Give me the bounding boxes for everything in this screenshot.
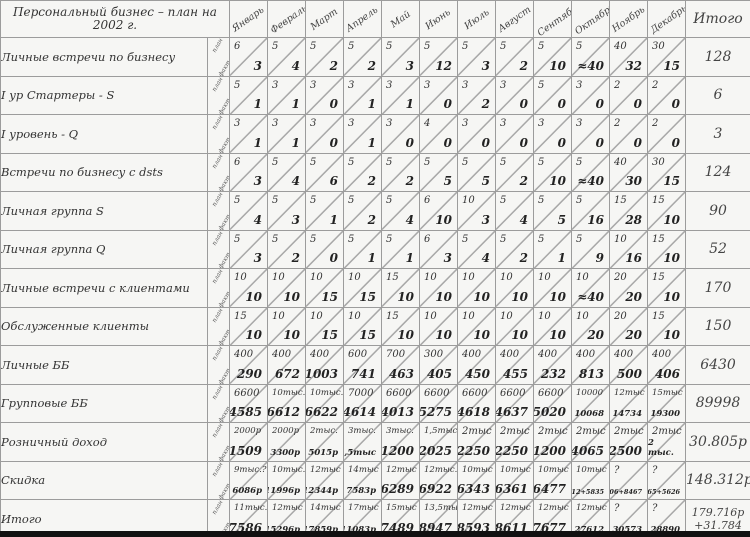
fact-value: 4618 xyxy=(458,405,491,419)
plan-value: 3 xyxy=(424,80,430,91)
row-label: Обслуженные клиенты xyxy=(1,307,208,346)
month-cell: 12тыс 6289 xyxy=(382,461,420,500)
plan-value: 6 xyxy=(424,195,430,206)
plan-value: 3 xyxy=(462,118,468,129)
month-cell: 400 1003 xyxy=(306,346,344,385)
fact-value: 1 xyxy=(254,136,262,150)
table-row: I уровень - Qпланфакт 3 1 3 1 3 0 3 1 3 … xyxy=(1,115,750,154)
month-header: Январь xyxy=(230,1,268,38)
table-row: Розничный доходпланфакт 2000р 1509 2000р… xyxy=(1,423,750,462)
plan-value: 6600 xyxy=(462,388,487,399)
month-cell: 6600 4618 xyxy=(458,384,496,423)
fact-value: 4 xyxy=(482,251,490,265)
plan-value: 15 xyxy=(386,311,399,322)
plan-value: 3 xyxy=(538,118,544,129)
fact-value: 2025 xyxy=(420,444,453,458)
plan-value: 400 xyxy=(614,349,633,360)
plan-value: 12тыс xyxy=(462,503,493,513)
plan-fact-marker: планфакт xyxy=(208,76,230,115)
plan-value: 5 xyxy=(234,195,240,206)
fact-value: 10 xyxy=(435,290,452,304)
month-header: Сентябрь xyxy=(534,1,572,38)
month-cell: 5 1 xyxy=(344,230,382,269)
fact-value: 3300р xyxy=(270,448,300,458)
fact-value: 1 xyxy=(368,136,376,150)
fact-value: 19606+8467 xyxy=(610,488,643,496)
fact-value: 15 xyxy=(663,174,680,188)
month-cell: 5 4 xyxy=(496,192,534,231)
fact-value: 6086р xyxy=(232,486,262,496)
plan-value: 10 xyxy=(500,272,513,283)
plan-value: 3 xyxy=(234,118,240,129)
plan-value: 3 xyxy=(310,118,316,129)
plan-value: 10000 xyxy=(576,388,603,398)
row-label: Личная группа S xyxy=(1,192,208,231)
fact-value: 2 xyxy=(520,174,528,188)
plan-value: 5 xyxy=(348,234,354,245)
fact-value: 0 xyxy=(558,136,566,150)
plan-value: 3 xyxy=(272,80,278,91)
month-cell: 3 1 xyxy=(268,115,306,154)
month-cell: 5 12 xyxy=(420,38,458,77)
plan-value: 10 xyxy=(272,272,285,283)
month-cell: 5 ≈40 xyxy=(572,38,610,77)
plan-value: 5 xyxy=(538,234,544,245)
month-cell: 12тыс. 6922 xyxy=(420,461,458,500)
plan-value: 5 xyxy=(538,80,544,91)
plan-value: 11тыс. xyxy=(234,503,267,513)
plan-value: 40 xyxy=(614,41,627,52)
month-cell: 12тыс 14734 xyxy=(610,384,648,423)
month-cell: 400 232 xyxy=(534,346,572,385)
plan-value: 12тыс xyxy=(272,503,303,513)
month-cell: 10 10 xyxy=(496,307,534,346)
handwritten-plan-sheet: Персональный бизнес – план на 2002 г. Ян… xyxy=(0,0,750,537)
fact-value: 0 xyxy=(444,136,452,150)
month-header: Ноябрь xyxy=(610,1,648,38)
fact-value: 4065 xyxy=(572,444,605,458)
plan-value: 10 xyxy=(500,311,513,322)
fact-value: 2 xyxy=(520,251,528,265)
month-cell: 3 0 xyxy=(496,115,534,154)
month-cell: 6600 5020 xyxy=(534,384,572,423)
month-cell: 15тыс 19300 xyxy=(648,384,686,423)
fact-value: 10 xyxy=(473,290,490,304)
month-cell: 5 1 xyxy=(306,192,344,231)
plan-value: 6600 xyxy=(538,388,563,399)
fact-value: 1 xyxy=(406,251,414,265)
month-cell: 5 5 xyxy=(534,192,572,231)
fact-value: 17112+5835 xyxy=(572,488,605,496)
month-cell: 20 20 xyxy=(610,269,648,308)
fact-value: 20 xyxy=(625,328,642,342)
fact-value: 2 xyxy=(368,213,376,227)
month-cell: 5 4 xyxy=(458,230,496,269)
month-cell: 5 10 xyxy=(534,153,572,192)
plan-value: 20 xyxy=(614,272,627,283)
month-cell: 2тыс 2250 xyxy=(496,423,534,462)
fact-value: 2500 xyxy=(610,444,643,458)
plan-value: 3 xyxy=(348,80,354,91)
fact-value: 12344р xyxy=(306,486,339,496)
fact-value: 0 xyxy=(482,136,490,150)
plan-value: 10 xyxy=(538,272,551,283)
plan-value: 5 xyxy=(348,41,354,52)
plan-value: 10 xyxy=(234,272,247,283)
fact-value: 6622 xyxy=(306,405,339,419)
plan-value: 10 xyxy=(576,311,589,322)
plan-value: 20 xyxy=(614,311,627,322)
month-cell: 5 3 xyxy=(458,38,496,77)
plan-fact-marker: планфакт xyxy=(208,269,230,308)
month-cell: 15 10 xyxy=(382,269,420,308)
row-label: Розничный доход xyxy=(1,423,208,462)
fact-value: 10 xyxy=(663,213,680,227)
fact-value: 21265+5626 xyxy=(648,488,681,496)
fact-value: 6922 xyxy=(420,482,453,496)
table-row: Обслуженные клиентыпланфакт 15 10 10 10 … xyxy=(1,307,750,346)
plan-value: 10тыс. xyxy=(310,388,343,398)
plan-value: 3 xyxy=(386,118,392,129)
month-cell: 40 32 xyxy=(610,38,648,77)
table-row: Личная группа Qпланфакт 5 3 5 2 5 0 5 1 … xyxy=(1,230,750,269)
fact-value: 12 xyxy=(435,59,452,73)
month-cell: 10 10 xyxy=(268,269,306,308)
plan-value: 3 xyxy=(348,118,354,129)
plan-value: 400 xyxy=(462,349,481,360)
plan-value: 400 xyxy=(500,349,519,360)
plan-value: 3 xyxy=(576,118,582,129)
month-cell: 5 2 xyxy=(496,38,534,77)
month-cell: 10 10 xyxy=(458,307,496,346)
plan-table: Персональный бизнес – план на 2002 г. Ян… xyxy=(0,0,750,537)
fact-value: 10 xyxy=(283,290,300,304)
plan-fact-marker: планфакт xyxy=(208,307,230,346)
fact-value: 406 xyxy=(655,367,680,381)
month-cell: 3 0 xyxy=(572,115,610,154)
fact-value: 0 xyxy=(330,251,338,265)
plan-value: 15 xyxy=(652,195,665,206)
plan-value: 10 xyxy=(538,311,551,322)
month-cell: 6600 4637 xyxy=(496,384,534,423)
plan-value: 5 xyxy=(310,234,316,245)
month-cell: 30 15 xyxy=(648,38,686,77)
plan-value: 6 xyxy=(234,157,240,168)
month-cell: 400 450 xyxy=(458,346,496,385)
month-cell: 3 0 xyxy=(306,115,344,154)
fact-value: 15 xyxy=(359,328,376,342)
fact-value: 10 xyxy=(435,328,452,342)
fact-value: 10 xyxy=(397,290,414,304)
month-cell: 2000р 3300р xyxy=(268,423,306,462)
fact-value: 4 xyxy=(520,213,528,227)
table-row: Личные встречи с клиентамипланфакт 10 10… xyxy=(1,269,750,308)
month-cell: 5 4 xyxy=(382,192,420,231)
plan-value: 2тыс xyxy=(462,426,492,437)
plan-value: 600 xyxy=(348,349,367,360)
plan-value: 5 xyxy=(576,41,582,52)
month-cell: 5 5 xyxy=(420,153,458,192)
plan-value: 2тыс xyxy=(500,426,530,437)
month-header: Октябрь xyxy=(572,1,610,38)
month-cell: 600 741 xyxy=(344,346,382,385)
month-cell: 6600 5275 xyxy=(420,384,458,423)
month-cell: 3тыс. 1200 xyxy=(382,423,420,462)
fact-value: 6361 xyxy=(496,482,529,496)
month-cell: 5 4 xyxy=(268,38,306,77)
plan-value: 2тыс xyxy=(538,426,568,437)
table-row: I ур Стартеры - Sпланфакт 5 1 3 1 3 0 3 … xyxy=(1,76,750,115)
plan-value: 3 xyxy=(272,118,278,129)
month-cell: 2тыс 4065 xyxy=(572,423,610,462)
plan-value: 5 xyxy=(386,157,392,168)
month-cell: 10тыс.р 11996р xyxy=(268,461,306,500)
fact-value: 32 xyxy=(625,59,642,73)
plan-value: 17тыс xyxy=(348,503,379,513)
fact-value: 10 xyxy=(511,328,528,342)
plan-value: 5 xyxy=(500,195,506,206)
fact-value: 4013 xyxy=(382,405,415,419)
fact-value: 15 xyxy=(663,59,680,73)
plan-value: 3 xyxy=(576,80,582,91)
plan-value: 10тыс xyxy=(462,465,493,475)
fact-value: 3 xyxy=(254,59,262,73)
plan-value: 10 xyxy=(462,272,475,283)
row-total: 148.312р xyxy=(686,461,750,500)
month-header: Август xyxy=(496,1,534,38)
month-cell: 400 290 xyxy=(230,346,268,385)
fact-value: 5 xyxy=(482,174,490,188)
fact-value: 10 xyxy=(435,213,452,227)
month-cell: 5 0 xyxy=(534,76,572,115)
month-cell: 2тыс 2500 xyxy=(610,423,648,462)
fact-value: 19300 xyxy=(650,409,680,419)
fact-value: 2 xyxy=(292,251,300,265)
fact-value: 4 xyxy=(292,59,300,73)
fact-value: 15 xyxy=(321,328,338,342)
month-cell: 10 3 xyxy=(458,192,496,231)
fact-value: ≈40 xyxy=(577,290,604,304)
row-label: Встречи по бизнесу с dsts xyxy=(1,153,208,192)
plan-value: 12тыс xyxy=(614,388,645,398)
month-cell: ? 21265+5626 xyxy=(648,461,686,500)
plan-value: 10 xyxy=(348,311,361,322)
fact-value: 10 xyxy=(663,290,680,304)
fact-value: 10 xyxy=(245,328,262,342)
row-label: Личные ББ xyxy=(1,346,208,385)
plan-value: ? xyxy=(652,465,657,476)
fact-value: 1 xyxy=(330,213,338,227)
fact-value: 6 xyxy=(330,174,338,188)
month-cell: 400 500 xyxy=(610,346,648,385)
fact-value: 3 xyxy=(292,213,300,227)
month-cell: 5 9 xyxy=(572,230,610,269)
plan-value: 12тыс xyxy=(576,503,607,513)
month-cell: 3 1 xyxy=(230,115,268,154)
month-cell: 10тыс 6343 xyxy=(458,461,496,500)
fact-value: 30 xyxy=(625,174,642,188)
plan-value: 3 xyxy=(500,80,506,91)
month-cell: 10 ≈40 xyxy=(572,269,610,308)
plan-value: 5 xyxy=(424,157,430,168)
table-row: Личные ББпланфакт 400 290 400 672 400 10… xyxy=(1,346,750,385)
month-cell: 3 0 xyxy=(572,76,610,115)
fact-value: 3 xyxy=(406,59,414,73)
fact-value: 6477 xyxy=(534,482,567,496)
fact-value: ≈40 xyxy=(577,59,604,73)
row-label: Личные встречи по бизнесу xyxy=(1,38,208,77)
row-label: I ур Стартеры - S xyxy=(1,76,208,115)
month-cell: 5 1 xyxy=(382,230,420,269)
fact-value: 9 xyxy=(596,251,604,265)
fact-value: 10 xyxy=(397,328,414,342)
fact-value: 3 xyxy=(444,251,452,265)
row-label: Скидка xyxy=(1,461,208,500)
plan-value: 3 xyxy=(386,80,392,91)
month-cell: 3 0 xyxy=(458,115,496,154)
month-cell: 15 28 xyxy=(610,192,648,231)
fact-value: 0 xyxy=(330,97,338,111)
month-header: Июнь xyxy=(420,1,458,38)
month-cell: 7000 4614 xyxy=(344,384,382,423)
plan-value: ? xyxy=(614,503,619,514)
fact-value: 2250 xyxy=(458,444,491,458)
fact-value: 0 xyxy=(672,136,680,150)
plan-value: 5 xyxy=(576,234,582,245)
month-cell: 2тыс. 5015р xyxy=(306,423,344,462)
plan-value: 10тыс xyxy=(538,465,569,475)
plan-value: 10 xyxy=(462,311,475,322)
plan-value: 5 xyxy=(462,157,468,168)
fact-value: 1 xyxy=(368,251,376,265)
row-total: 90 xyxy=(686,192,750,231)
plan-value: 15 xyxy=(386,272,399,283)
month-cell: 3 0 xyxy=(420,76,458,115)
plan-value: 10тыс.р xyxy=(272,465,306,475)
plan-value: 5 xyxy=(538,41,544,52)
month-header: Июль xyxy=(458,1,496,38)
fact-value: 20 xyxy=(625,290,642,304)
month-cell: 3 2 xyxy=(458,76,496,115)
month-cell: 10тыс 6477 xyxy=(534,461,572,500)
plan-value: 10 xyxy=(424,272,437,283)
fact-value: 10 xyxy=(549,59,566,73)
plan-rows: Личные встречи по бизнесупланфакт 6 3 5 … xyxy=(1,38,750,537)
month-cell: 10 15 xyxy=(344,269,382,308)
fact-value: 7583р xyxy=(346,486,376,496)
fact-value: 1200 xyxy=(534,444,567,458)
fact-value: 10 xyxy=(663,251,680,265)
plan-fact-marker: планфакт xyxy=(208,38,230,77)
plan-value: 3тыс. xyxy=(348,426,376,436)
page-title: Персональный бизнес – план на 2002 г. xyxy=(1,1,230,38)
month-cell: 5 5 xyxy=(458,153,496,192)
month-cell: 300 405 xyxy=(420,346,458,385)
month-cell: 10 10 xyxy=(420,269,458,308)
plan-value: 3тыс. xyxy=(386,426,414,436)
fact-value: 2 xyxy=(406,174,414,188)
fact-value: 1 xyxy=(368,97,376,111)
table-row: Скидкапланфакт 9тыс.? 6086р 10тыс.р 1199… xyxy=(1,461,750,500)
month-cell: 10 15 xyxy=(344,307,382,346)
month-cell: 10 10 xyxy=(496,269,534,308)
month-cell: 10тыс 6361 xyxy=(496,461,534,500)
month-cell: 3 0 xyxy=(306,76,344,115)
month-cell: 3 0 xyxy=(382,115,420,154)
fact-value: 20 xyxy=(587,328,604,342)
fact-value: 11996р xyxy=(268,486,301,496)
fact-value: 5015р xyxy=(308,448,338,458)
plan-value: 12тыс xyxy=(386,465,417,475)
plan-value: 5 xyxy=(386,234,392,245)
month-cell: 2тыс 2250 xyxy=(458,423,496,462)
fact-value: 10 xyxy=(549,290,566,304)
fact-value: 4585 xyxy=(230,405,263,419)
month-cell: 2 0 xyxy=(610,76,648,115)
month-cell: 10 10 xyxy=(268,307,306,346)
plan-value: 5 xyxy=(538,195,544,206)
row-label: I уровень - Q xyxy=(1,115,208,154)
plan-value: 14тыс xyxy=(348,465,379,475)
plan-value: 5 xyxy=(500,41,506,52)
fact-value: 500 xyxy=(617,367,642,381)
plan-value: 7000 xyxy=(348,388,373,399)
fact-value: 405 xyxy=(427,367,452,381)
fact-value: 2 xyxy=(482,97,490,111)
month-cell: 15 10 xyxy=(382,307,420,346)
month-cell: 5 2 xyxy=(306,38,344,77)
plan-value: 6600 xyxy=(424,388,449,399)
month-cell: 10 20 xyxy=(572,307,610,346)
month-cell: 3 0 xyxy=(534,115,572,154)
plan-value: 15 xyxy=(652,272,665,283)
month-cell: 6 3 xyxy=(230,153,268,192)
month-cell: 5 2 xyxy=(268,230,306,269)
fact-value: 10 xyxy=(663,328,680,342)
plan-value: 3 xyxy=(462,80,468,91)
plan-value: 10тыс xyxy=(576,465,607,475)
plan-value: 5 xyxy=(538,157,544,168)
month-cell: 5 16 xyxy=(572,192,610,231)
month-header: Май xyxy=(382,1,420,38)
row-label: Личные встречи с клиентами xyxy=(1,269,208,308)
month-cell: 2000р 1509 xyxy=(230,423,268,462)
row-label: Личная группа Q xyxy=(1,230,208,269)
month-cell: 6 3 xyxy=(420,230,458,269)
fact-value: 463 xyxy=(389,367,414,381)
fact-value: 10 xyxy=(473,328,490,342)
fact-value: 10 xyxy=(283,328,300,342)
plan-value: 6600 xyxy=(386,388,411,399)
fact-value: 672 xyxy=(275,367,300,381)
row-total: 30.805р xyxy=(686,423,750,462)
month-cell: ? 19606+8467 xyxy=(610,461,648,500)
plan-value: 5 xyxy=(576,195,582,206)
month-cell: 9тыс.? 6086р xyxy=(230,461,268,500)
month-cell: 400 406 xyxy=(648,346,686,385)
plan-fact-marker: планфакт xyxy=(208,423,230,462)
month-cell: 15 10 xyxy=(648,307,686,346)
month-cell: 5 1 xyxy=(230,76,268,115)
plan-value: 15 xyxy=(652,234,665,245)
plan-value: 6 xyxy=(234,41,240,52)
fact-value: 450 xyxy=(465,367,490,381)
fact-value: 6612 xyxy=(268,405,301,419)
fact-value: 2 тыс. xyxy=(648,438,680,458)
fact-value: 10 xyxy=(549,174,566,188)
month-cell: 5 10 xyxy=(534,38,572,77)
row-total: 128 xyxy=(686,38,750,77)
